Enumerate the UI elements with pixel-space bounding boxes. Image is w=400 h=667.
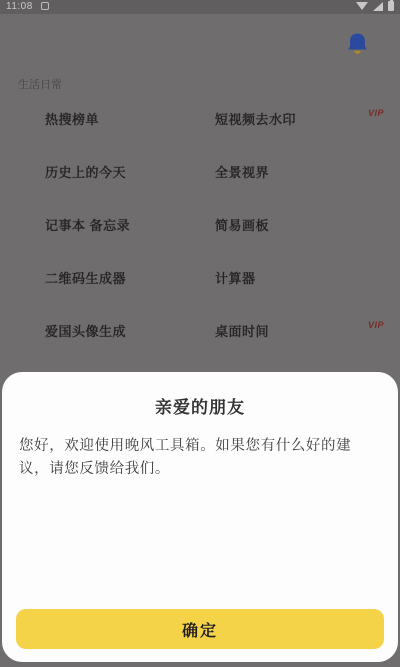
tool-label: 记事本 备忘录 (45, 215, 130, 234)
vip-badge: VIP (368, 108, 384, 118)
app-screen: 11:08 生活日常 热搜榜单 短视频去水印 VIP 历史上的今天 全景视界 记… (0, 0, 400, 667)
tool-item[interactable]: 计算器 (200, 251, 400, 304)
tools-grid: 热搜榜单 短视频去水印 VIP 历史上的今天 全景视界 记事本 备忘录 简易画板… (0, 92, 400, 357)
status-bar: 11:08 (0, 0, 400, 14)
tool-item[interactable]: 全景视界 (200, 145, 400, 198)
tool-label: 桌面时间 (215, 321, 269, 340)
tool-item[interactable]: 桌面时间 VIP (200, 304, 400, 357)
tool-label: 计算器 (215, 268, 256, 287)
clock: 11:08 (6, 1, 33, 12)
dialog-body: 您好，欢迎使用晚风工具箱。如果您有什么好的建议，请您反馈给我们。 (2, 435, 398, 481)
welcome-dialog: 亲爱的朋友 您好，欢迎使用晚风工具箱。如果您有什么好的建议，请您反馈给我们。 确… (2, 372, 398, 662)
bell-icon[interactable] (344, 31, 371, 58)
confirm-button[interactable]: 确定 (16, 609, 384, 649)
tool-item[interactable]: 记事本 备忘录 (0, 198, 200, 251)
tool-item[interactable]: 简易画板 (200, 198, 400, 251)
tool-label: 全景视界 (215, 162, 269, 181)
tool-item[interactable]: 历史上的今天 (0, 145, 200, 198)
tool-label: 热搜榜单 (45, 109, 99, 128)
tool-item[interactable]: 热搜榜单 (0, 92, 200, 145)
tool-item[interactable]: 爱国头像生成 (0, 304, 200, 357)
tool-label: 短视频去水印 (215, 109, 296, 128)
signal-icon (373, 2, 383, 11)
tool-label: 二维码生成器 (45, 268, 126, 287)
battery-icon (388, 1, 394, 11)
tool-label: 爱国头像生成 (45, 321, 126, 340)
wifi-icon (356, 2, 368, 10)
tool-item[interactable]: 短视频去水印 VIP (200, 92, 400, 145)
vip-badge: VIP (368, 320, 384, 330)
dialog-title: 亲爱的朋友 (2, 393, 398, 418)
tool-item[interactable]: 二维码生成器 (0, 251, 200, 304)
category-label: 生活日常 (18, 76, 62, 92)
notification-square-icon (41, 2, 49, 10)
tool-label: 简易画板 (215, 215, 269, 234)
tool-label: 历史上的今天 (45, 162, 126, 181)
